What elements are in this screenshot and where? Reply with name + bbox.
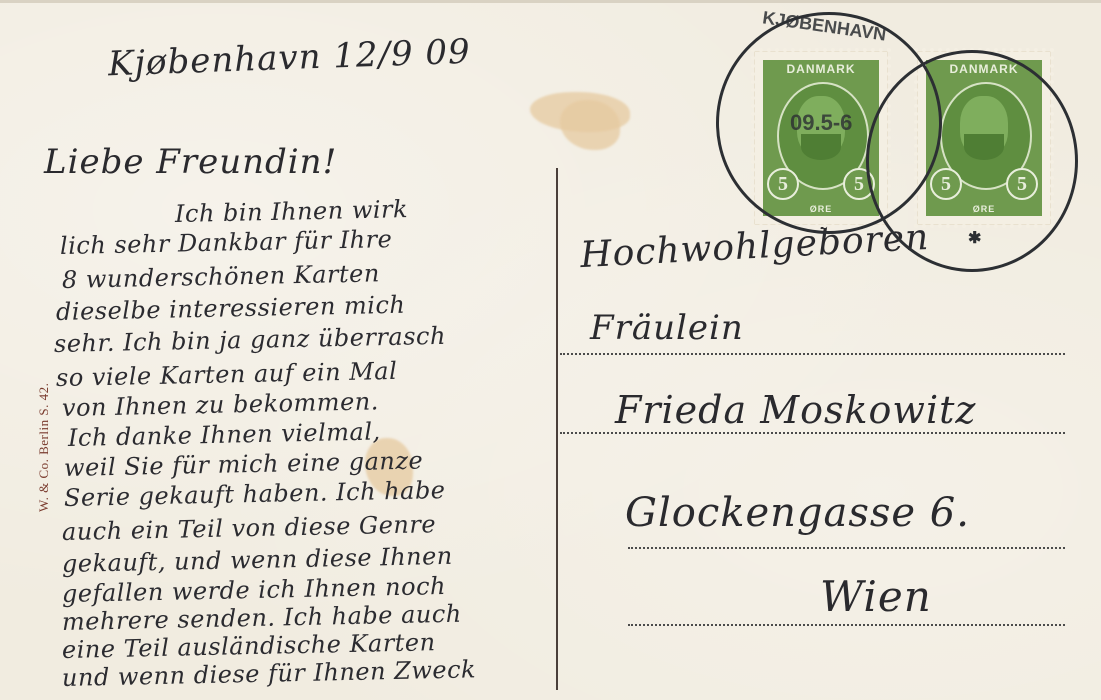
postmark-date: 09.5-6 (790, 110, 852, 136)
message-line: auch ein Teil von diese Genre (62, 510, 437, 546)
paper-stain (560, 100, 620, 150)
message-line: Ich bin Ihnen wirk (175, 195, 409, 228)
postcard-back: Kjøbenhavn 12/9 09 Liebe Freundin! Ich b… (0, 0, 1101, 700)
place-date: Kjøbenhavn 12/9 09 (107, 32, 471, 85)
message-line: dieselbe interessieren mich (56, 291, 406, 326)
address-line (628, 624, 1065, 626)
message-line: sehr. Ich bin ja ganz überrasch (54, 322, 446, 358)
address-line (560, 353, 1065, 355)
message-line: so viele Karten auf ein Mal (56, 357, 398, 392)
publisher-imprint: W. & Co. Berlin S. 42. (36, 383, 52, 512)
message-line: von Ihnen zu bekommen. (62, 387, 379, 422)
address-line (560, 432, 1065, 434)
center-divider (556, 168, 558, 690)
address-city: Wien (820, 572, 932, 621)
address-street: Glockengasse 6. (625, 490, 970, 536)
message-line: lich sehr Dankbar für Ihre (60, 225, 393, 260)
address-title: Fräulein (590, 308, 744, 348)
postmark-star-icon: ✱ (968, 228, 981, 248)
address-name: Frieda Moskowitz (615, 388, 976, 432)
message-line: Ich danke Ihnen vielmal, (68, 417, 381, 452)
address-line (628, 547, 1065, 549)
card-edge (0, 0, 1101, 3)
salutation: Liebe Freundin! (44, 142, 337, 182)
message-line: 8 wunderschönen Karten (62, 259, 380, 294)
message-line: Serie gekauft haben. Ich habe (64, 476, 446, 512)
